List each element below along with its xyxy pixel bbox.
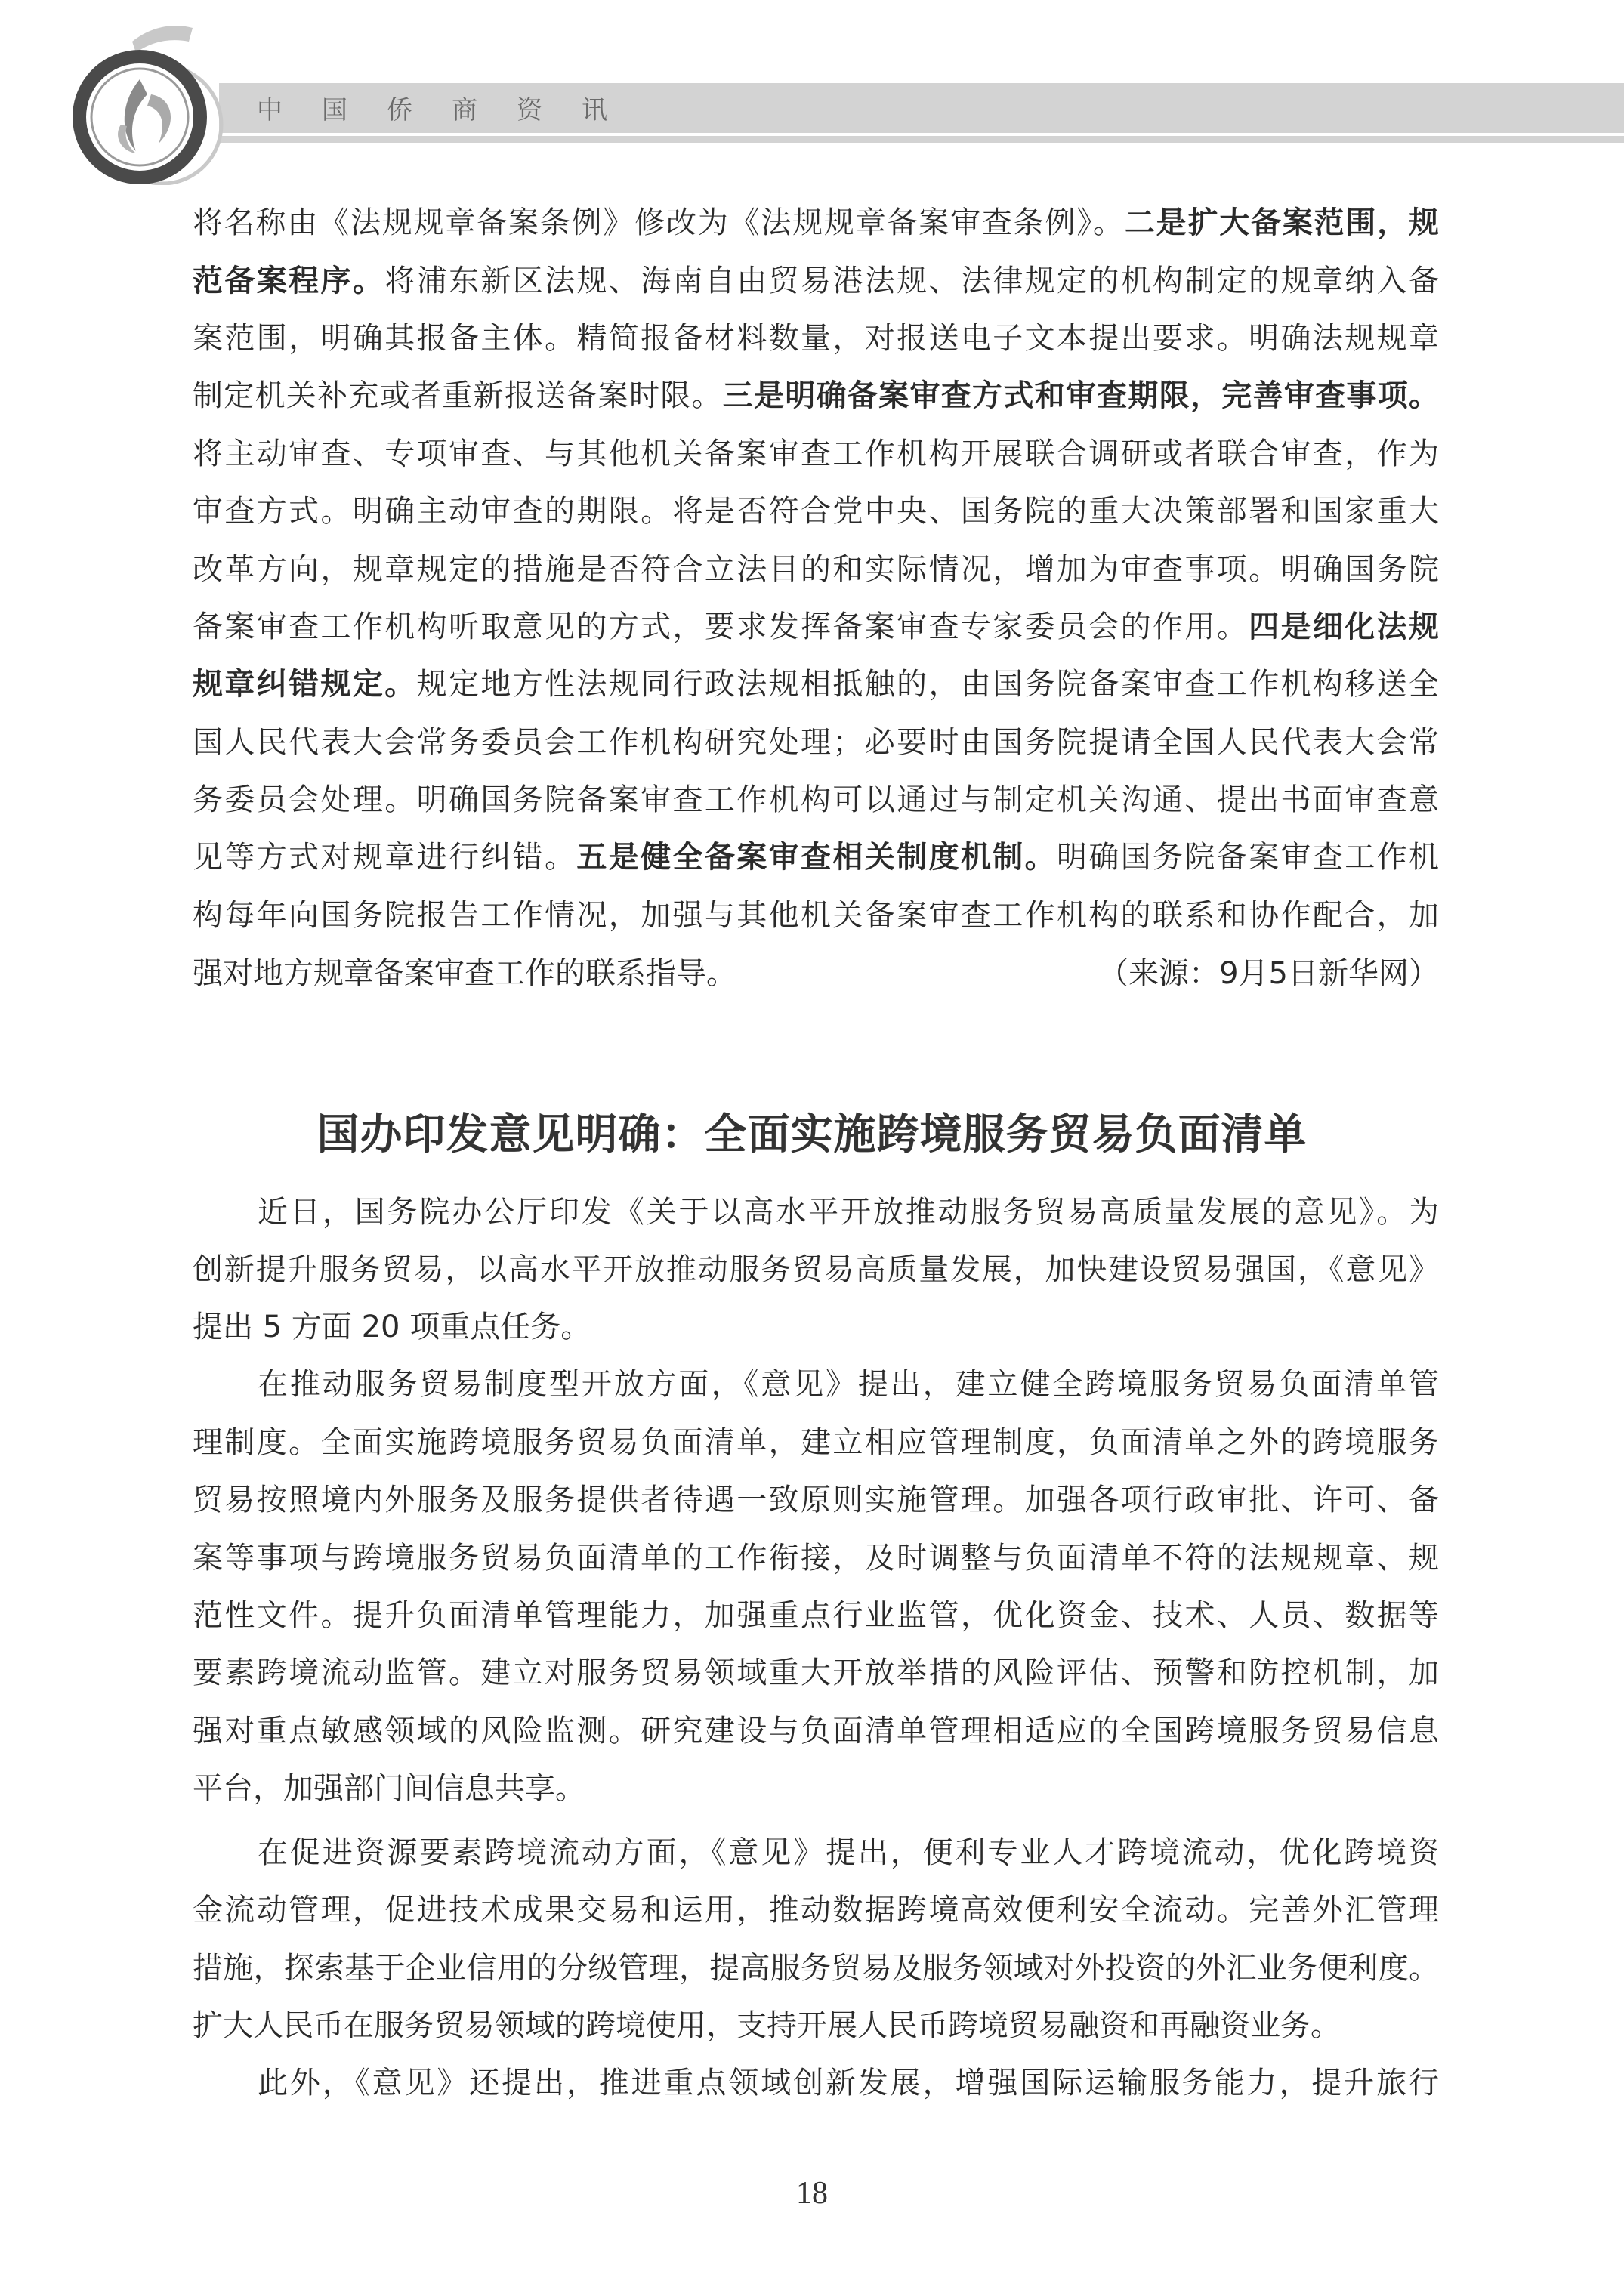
paragraph-line: 规章纠错规定。规定地方性法规同行政法规相抵触的，由国务院备案审查工作机构移送全 [193,663,1439,705]
paragraph-line: 要素跨境流动监管。建立对服务贸易领域重大开放举措的风险评估、预警和防控机制，加 [193,1652,1439,1694]
paragraph-line: 范性文件。提升负面清单管理能力，加强重点行业监管，优化资金、技术、人员、数据等 [193,1594,1439,1637]
header-rule [219,136,1624,143]
association-logo-icon [60,11,234,185]
publication-title: 中国侨商资讯 [257,89,647,126]
paragraph-line: 国人民代表大会常务委员会工作机构研究处理；必要时由国务院提请全国人民代表大会常 [193,721,1439,764]
paragraph-line: 在促进资源要素跨境流动方面，《意见》提出，便利专业人才跨境流动，优化跨境资 [193,1832,1439,1874]
source-attribution: （来源：9月5日新华网） [1098,952,1439,995]
paragraph-line: 平台，加强部门间信息共享。 [193,1767,1439,1810]
page-number: 18 [0,2175,1624,2211]
paragraph-line: 改革方向，规章规定的措施是否符合立法目的和实际情况，增加为审查事项。明确国务院 [193,548,1439,591]
paragraph-line: 近日，国务院办公厅印发《关于以高水平开放推动服务贸易高质量发展的意见》。为 [193,1191,1439,1233]
paragraph-line: 务委员会处理。明确国务院备案审查工作机构可以通过与制定机关沟通、提出书面审查意 [193,779,1439,821]
paragraph-line: 扩大人民币在服务贸易领域的跨境使用，支持开展人民币跨境贸易融资和再融资业务。 [193,2004,1439,2047]
paragraph-line: 此外，《意见》还提出，推进重点领域创新发展，增强国际运输服务能力，提升旅行 [193,2062,1439,2104]
paragraph-line: 措施，探索基于企业信用的分级管理，提高服务贸易及服务领域对外投资的外汇业务便利度… [193,1947,1439,1989]
paragraph-line: 备案审查工作机构听取意见的方式，要求发挥备案审查专家委员会的作用。四是细化法规 [193,606,1439,648]
paragraph-line: 将名称由《法规规章备案条例》修改为《法规规章备案审查条例》。二是扩大备案范围，规 [193,202,1439,244]
paragraph-line: 理制度。全面实施跨境服务贸易负面清单，建立相应管理制度，负面清单之外的跨境服务 [193,1421,1439,1464]
paragraph-line: 审查方式。明确主动审查的期限。将是否符合党中央、国务院的重大决策部署和国家重大 [193,490,1439,532]
paragraph-line: 案范围，明确其报备主体。精简报备材料数量，对报送电子文本提出要求。明确法规规章 [193,317,1439,360]
paragraph-line: 提出 5 方面 20 项重点任务。 [193,1306,1439,1348]
paragraph-line: 构每年向国务院报告工作情况，加强与其他机关备案审查工作机构的联系和协作配合，加 [193,894,1439,937]
paragraph-line: 在推动服务贸易制度型开放方面，《意见》提出，建立健全跨境服务贸易负面清单管 [193,1363,1439,1406]
paragraph-line: 范备案程序。将浦东新区法规、海南自由贸易港法规、法律规定的机构制定的规章纳入备 [193,260,1439,302]
paragraph-line: 制定机关补充或者重新报送备案时限。三是明确备案审查方式和审查期限，完善审查事项。 [193,375,1439,417]
paragraph-line: 将主动审查、专项审查、与其他机关备案审查工作机构开展联合调研或者联合审查，作为 [193,433,1439,475]
paragraph-line: 贸易按照境内外服务及服务提供者待遇一致原则实施管理。加强各项行政审批、许可、备 [193,1479,1439,1521]
paragraph-line: 案等事项与跨境服务贸易负面清单的工作衔接，及时调整与负面清单不符的法规规章、规 [193,1537,1439,1579]
paragraph-line: 创新提升服务贸易，以高水平开放推动服务贸易高质量发展，加快建设贸易强国，《意见》 [193,1248,1439,1291]
paragraph-line: 金流动管理，促进技术成果交易和运用，推动数据跨境高效便利安全流动。完善外汇管理 [193,1889,1439,1931]
article-headline: 国办印发意见明确：全面实施跨境服务贸易负面清单 [0,1101,1624,1162]
paragraph-line: 见等方式对规章进行纠错。五是健全备案审查相关制度机制。明确国务院备案审查工作机 [193,836,1439,878]
paragraph-line: 强对重点敏感领域的风险监测。研究建设与负面清单管理相适应的全国跨境服务贸易信息 [193,1710,1439,1752]
